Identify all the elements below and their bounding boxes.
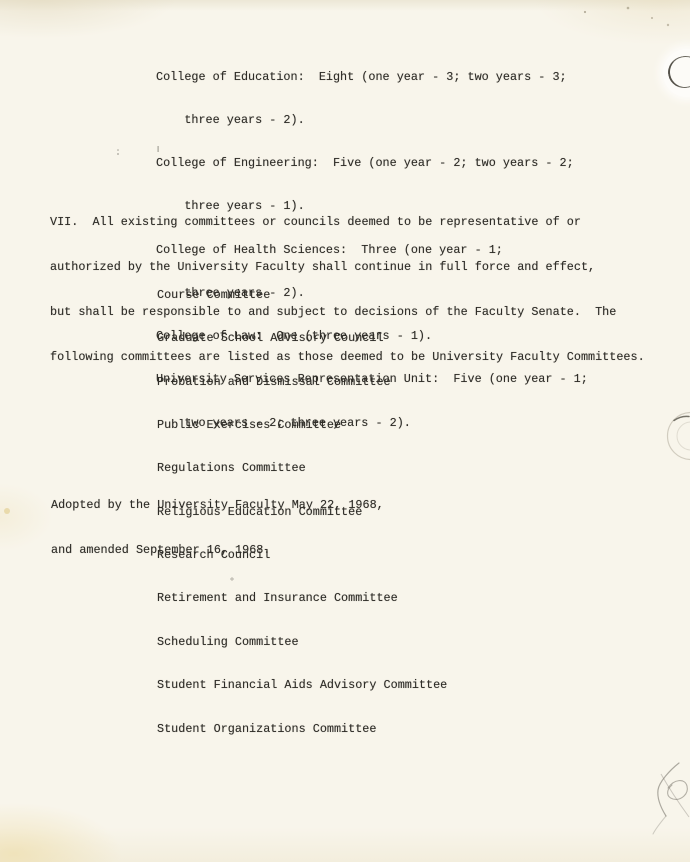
scanned-document-page: College of Education: Eight (one year - … (0, 0, 690, 862)
text-line: VII. All existing committees or councils… (50, 215, 645, 230)
list-item: Student Organizations Committee (157, 722, 447, 736)
text-line: College of Education: Eight (one year - … (156, 70, 588, 84)
adoption-note: Adopted by the University Faculty May 22… (51, 468, 384, 588)
list-item: Course Committee (157, 288, 447, 302)
list-item: Student Financial Aids Advisory Committe… (157, 678, 447, 692)
list-item: Retirement and Insurance Committee (157, 591, 447, 605)
text-line: College of Engineering: Five (one year -… (156, 156, 588, 170)
text-line: three years - 2). (156, 113, 588, 127)
text-line: Adopted by the University Faculty May 22… (51, 498, 384, 513)
list-item: Scheduling Committee (157, 635, 447, 649)
list-item: Public Exercises Committee (157, 418, 447, 432)
list-item: Graduate School Advisory Council (157, 331, 447, 345)
text-line: and amended September 16, 1968. (51, 543, 384, 558)
pencil-squiggle (653, 763, 689, 834)
ring-impression-mark (668, 413, 690, 460)
list-item: Probation and Dismissal Committee (157, 375, 447, 389)
